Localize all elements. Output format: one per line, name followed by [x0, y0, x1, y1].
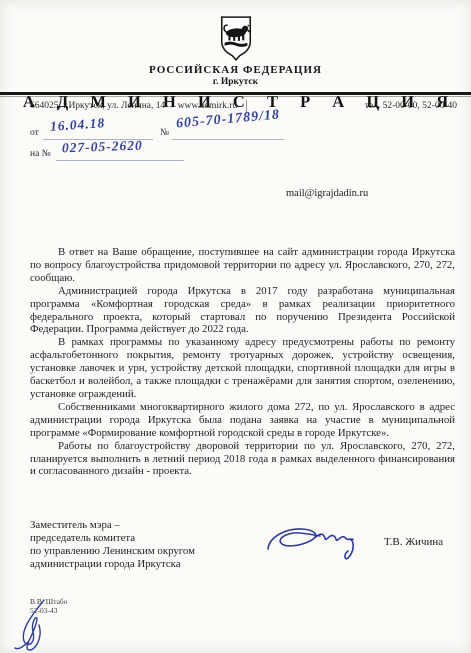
- contact-row: 664025, г.Иркутск, ул. Ленина, 14 www.ad…: [30, 101, 457, 111]
- to-number-field-line: [56, 160, 184, 161]
- website-text: www.admirk.ru: [178, 101, 238, 111]
- header-rule-thick: [0, 92, 471, 95]
- header-city: г. Иркутск: [0, 77, 471, 87]
- paragraph-5: Работы по благоустройству дворовой терри…: [30, 440, 455, 479]
- paragraph-2: Администрацией города Иркутска в 2017 го…: [30, 285, 455, 337]
- number-label: №: [160, 128, 169, 138]
- paragraph-4: Собственниками многоквартирного жилого д…: [30, 401, 455, 440]
- address-text: 664025, г.Иркутск, ул. Ленина, 14: [30, 101, 165, 111]
- signatory-name: Т.В. Жичина: [384, 536, 443, 548]
- position-line-2: председатель комитета: [30, 532, 195, 545]
- header-rule-thin: [0, 96, 471, 97]
- irkutsk-coat-of-arms-icon: [217, 14, 255, 62]
- signatory-position: Заместитель мэра – председатель комитета…: [30, 519, 195, 571]
- to-number-label: на №: [30, 149, 51, 159]
- position-line-1: Заместитель мэра –: [30, 519, 195, 532]
- from-label: от: [30, 128, 39, 138]
- header-country: РОССИЙСКАЯ ФЕДЕРАЦИЯ: [0, 64, 471, 76]
- phone-text: тел. 52-00-00, 52-00-40: [365, 101, 457, 111]
- handwritten-incoming-number: 027-05-2620: [62, 138, 143, 157]
- paragraph-3: В рамках программы по указанному адресу …: [30, 336, 455, 401]
- position-line-4: администрации города Иркутска: [30, 558, 195, 571]
- number-field-line: [172, 139, 284, 140]
- corner-ink-scribble: [8, 597, 70, 653]
- letter-body: В ответ на Ваше обращение, поступившее н…: [30, 246, 455, 478]
- ink-signature: [260, 521, 372, 569]
- position-line-3: по управлению Ленинским округом: [30, 545, 195, 558]
- paragraph-1: В ответ на Ваше обращение, поступившее н…: [30, 246, 455, 285]
- recipient-email: mail@igrajdadin.ru: [286, 188, 368, 199]
- letterhead: РОССИЙСКАЯ ФЕДЕРАЦИЯ г. Иркутск А Д М И …: [0, 14, 471, 112]
- scanned-letter-page: РОССИЙСКАЯ ФЕДЕРАЦИЯ г. Иркутск А Д М И …: [0, 0, 471, 653]
- postal-address: 664025, г.Иркутск, ул. Ленина, 14 www.ad…: [30, 101, 237, 111]
- handwritten-date: 16.04.18: [50, 115, 106, 135]
